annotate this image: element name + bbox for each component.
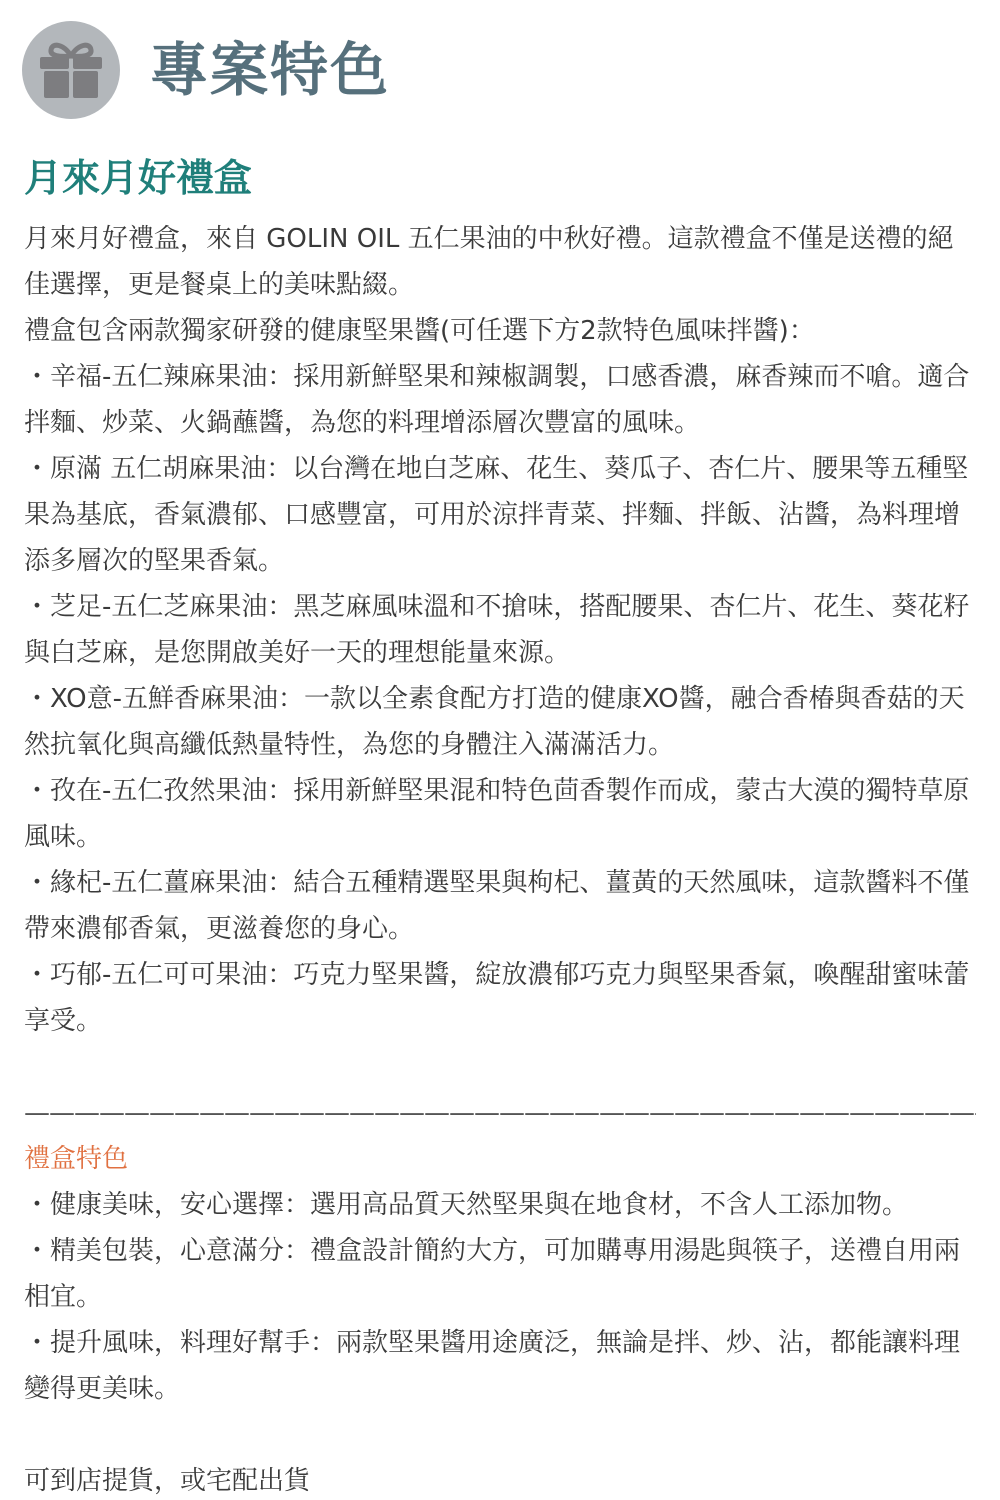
feature-item: ・提升風味，料理好幫手：兩款堅果醬用途廣泛，無論是拌、炒、沾，都能讓料理變得更美… (24, 1320, 976, 1412)
divider: ————————————————————————————————————————… (24, 1090, 976, 1136)
page-title: 專案特色 (150, 41, 390, 99)
product-item: ・XO意-五鮮香麻果油：一款以全素食配方打造的健康XO醬，融合香椿與香菇的天然抗… (24, 676, 976, 768)
feature-item: ・健康美味，安心選擇：選用高品質天然堅果與在地食材，不含人工添加物。 (24, 1182, 976, 1228)
spacer (24, 1044, 976, 1090)
product-item: ・辛福-五仁辣麻果油：採用新鮮堅果和辣椒調製，口感香濃，麻香辣而不嗆。適合拌麵、… (24, 354, 976, 446)
section-header: 專案特色 (22, 20, 390, 120)
spacer (24, 1412, 976, 1458)
delivery-note: 可到店提貨，或宅配出貨 (24, 1458, 976, 1500)
intro-paragraph: 禮盒包含兩款獨家研發的健康堅果醬(可任選下方2款特色風味拌醬)： (24, 308, 976, 354)
description-body: 月來月好禮盒，來自 GOLIN OIL 五仁果油的中秋好禮。這款禮盒不僅是送禮的… (24, 216, 976, 1500)
feature-item: ・精美包裝，心意滿分：禮盒設計簡約大方，可加購專用湯匙與筷子，送禮自用兩相宜。 (24, 1228, 976, 1320)
features-title: 禮盒特色 (24, 1136, 976, 1182)
product-item: ・孜在-五仁孜然果油：採用新鮮堅果混和特色茴香製作而成，蒙古大漠的獨特草原風味。 (24, 768, 976, 860)
product-subtitle: 月來月好禮盒 (24, 150, 252, 206)
product-item: ・芝足-五仁芝麻果油：黑芝麻風味溫和不搶味，搭配腰果、杏仁片、花生、葵花籽與白芝… (24, 584, 976, 676)
product-item: ・巧郁-五仁可可果油：巧克力堅果醬，綻放濃郁巧克力與堅果香氣，喚醒甜蜜味蕾享受。 (24, 952, 976, 1044)
product-item: ・原滿 五仁胡麻果油：以台灣在地白芝麻、花生、葵瓜子、杏仁片、腰果等五種堅果為基… (24, 446, 976, 584)
intro-paragraph: 月來月好禮盒，來自 GOLIN OIL 五仁果油的中秋好禮。這款禮盒不僅是送禮的… (24, 216, 976, 308)
gift-icon (22, 21, 120, 119)
product-item: ・緣杞-五仁薑麻果油：結合五種精選堅果與枸杞、薑黃的天然風味，這款醬料不僅帶來濃… (24, 860, 976, 952)
